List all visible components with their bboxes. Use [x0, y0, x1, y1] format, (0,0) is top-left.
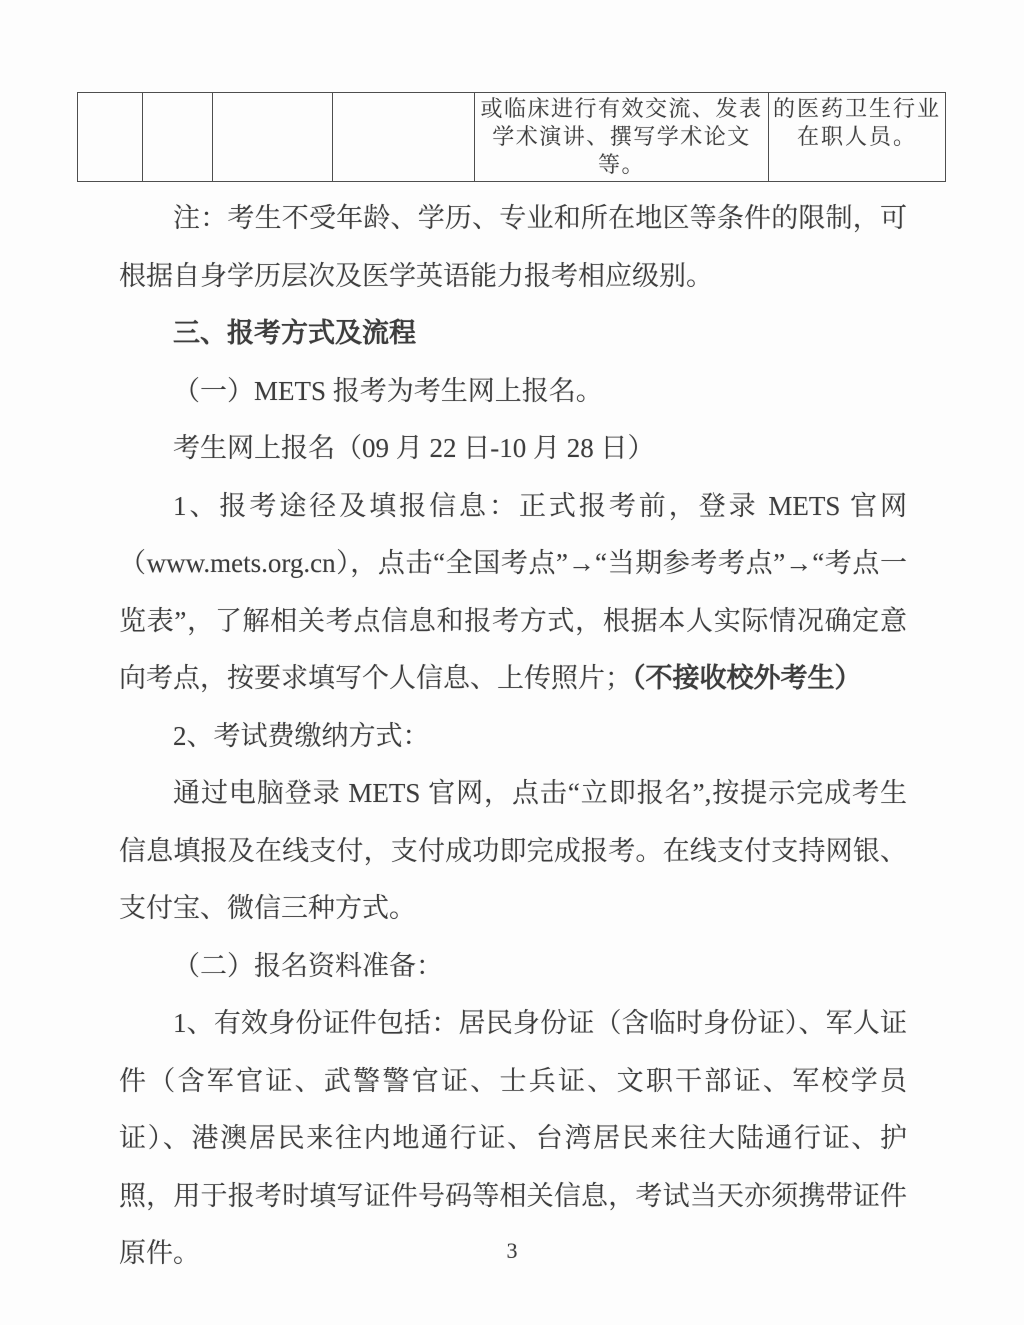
table-cell-empty-3 — [213, 93, 333, 182]
document-page: 或临床进行有效交流、发表学术演讲、撰写学术论文等。 的医药卫生行业在职人员。 注… — [0, 0, 1024, 1325]
table-row: 或临床进行有效交流、发表学术演讲、撰写学术论文等。 的医药卫生行业在职人员。 — [78, 93, 946, 182]
para-registration-mode: （一）METS 报考为考生网上报名。 — [119, 363, 907, 421]
para-registration-path: 1、报考途径及填报信息：正式报考前，登录 METS 官网（www.mets.or… — [119, 478, 907, 708]
table-cell-professionals: 的医药卫生行业在职人员。 — [769, 93, 946, 182]
section-heading: 三、报考方式及流程 — [119, 305, 907, 363]
para-fee-detail: 通过电脑登录 METS 官网，点击“立即报名”,按提示完成考生信息填报及在线支付… — [119, 765, 907, 938]
table-cell-empty-2 — [143, 93, 213, 182]
para-materials-title: （二）报名资料准备： — [119, 938, 907, 996]
para-registration-path-bold: （不接收校外考生） — [632, 663, 862, 693]
para-registration-dates: 考生网上报名（09 月 22 日-10 月 28 日） — [119, 420, 907, 478]
table-fragment: 或临床进行有效交流、发表学术演讲、撰写学术论文等。 的医药卫生行业在职人员。 — [77, 92, 946, 182]
para-fee-title: 2、考试费缴纳方式： — [119, 708, 907, 766]
document-body: 注：考生不受年龄、学历、专业和所在地区等条件的限制，可根据自身学历层次及医学英语… — [119, 190, 907, 1283]
table-cell-empty-1 — [78, 93, 143, 182]
page-number: 3 — [0, 1238, 1024, 1264]
table-cell-communication: 或临床进行有效交流、发表学术演讲、撰写学术论文等。 — [475, 93, 769, 182]
note-paragraph: 注：考生不受年龄、学历、专业和所在地区等条件的限制，可根据自身学历层次及医学英语… — [119, 190, 907, 305]
table-cell-empty-4 — [333, 93, 475, 182]
